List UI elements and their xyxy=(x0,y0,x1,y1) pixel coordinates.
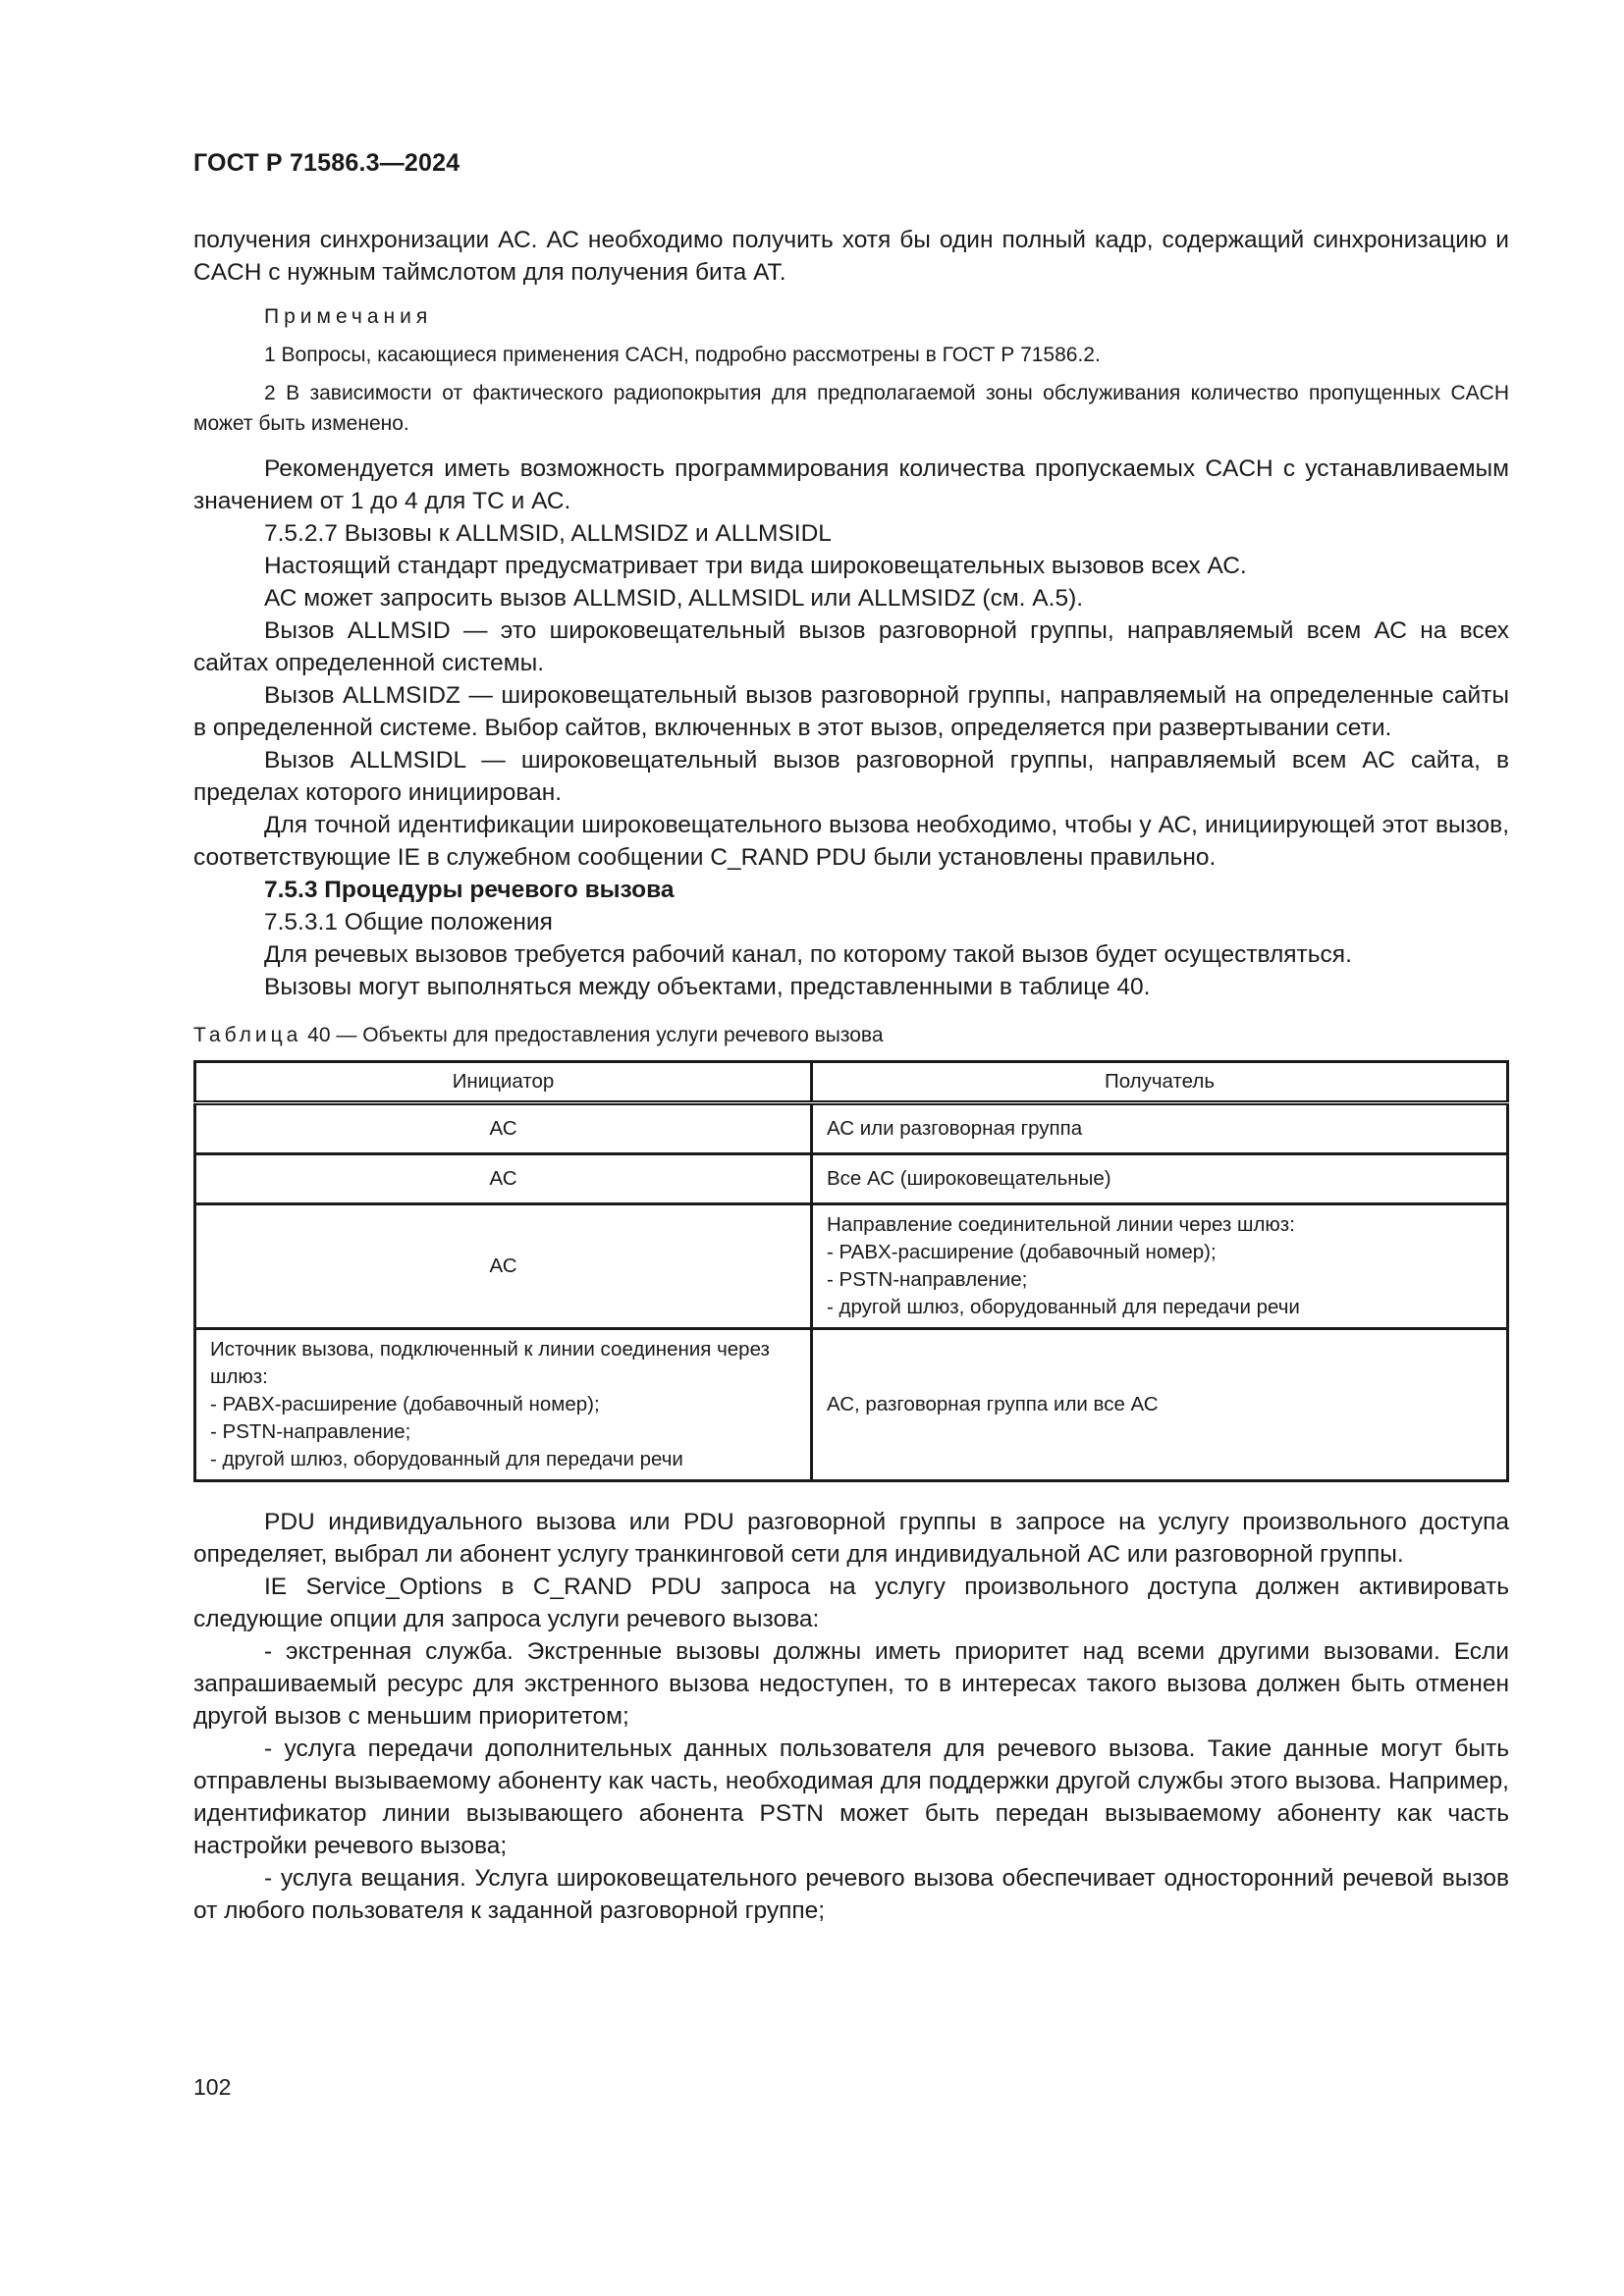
cell-line: Все АС (широковещательные) xyxy=(827,1165,1492,1193)
paragraph: Для речевых вызовов требуется рабочий ка… xyxy=(193,938,1509,971)
paragraph: Вызов ALLMSID — это широковещательный вы… xyxy=(193,614,1509,679)
paragraph: АС может запросить вызов ALLMSID, ALLMSI… xyxy=(193,582,1509,614)
table-row: АСАС или разговорная группа xyxy=(195,1103,1508,1154)
list-item: - услуга вещания. Услуга широковещательн… xyxy=(193,1862,1509,1927)
cell-recipient: Направление соединительной линии через ш… xyxy=(812,1204,1508,1329)
paragraph: Рекомендуется иметь возможность программ… xyxy=(193,453,1509,517)
table-row: Источник вызова, подключенный к линии со… xyxy=(195,1329,1508,1481)
note-1: 1 Вопросы, касающиеся применения CACH, п… xyxy=(193,340,1509,370)
column-header-initiator: Инициатор xyxy=(195,1062,812,1103)
cell-recipient: АС, разговорная группа или все АС xyxy=(812,1329,1508,1481)
cell-line: - PABX-расширение (добавочный номер); xyxy=(210,1391,796,1418)
document-body: получения синхронизации АС. АС необходим… xyxy=(193,224,1509,1927)
cell-recipient: АС или разговорная группа xyxy=(812,1103,1508,1154)
document-header-title: ГОСТ Р 71586.3—2024 xyxy=(193,149,460,178)
objects-table: Инициатор Получатель АСАС или разговорна… xyxy=(193,1060,1509,1482)
table-header-row: Инициатор Получатель xyxy=(195,1062,1508,1103)
cell-line: Источник вызова, подключенный к линии со… xyxy=(210,1336,796,1391)
cell-initiator: АС xyxy=(195,1154,812,1204)
cell-line: - PABX-расширение (добавочный номер); xyxy=(827,1239,1492,1266)
cell-recipient: Все АС (широковещательные) xyxy=(812,1154,1508,1204)
cell-line: Направление соединительной линии через ш… xyxy=(827,1211,1492,1239)
table-row: АСНаправление соединительной линии через… xyxy=(195,1204,1508,1329)
table-caption-text: 40 — Объекты для предоставления услуги р… xyxy=(301,1024,883,1046)
page-number: 102 xyxy=(193,2074,231,2101)
subsection-heading: 7.5.3.1 Общие положения xyxy=(193,906,1509,938)
paragraph: Вызов ALLMSIDZ — широковещательный вызов… xyxy=(193,679,1509,744)
cell-line: - PSTN-направление; xyxy=(827,1266,1492,1294)
cell-line: АС xyxy=(210,1115,796,1143)
cell-initiator: Источник вызова, подключенный к линии со… xyxy=(195,1329,812,1481)
paragraph: Вызов ALLMSIDL — широковещательный вызов… xyxy=(193,744,1509,809)
table-caption: Таблица 40 — Объекты для предоставления … xyxy=(193,1021,1509,1050)
list-item: - услуга передачи дополнительных данных … xyxy=(193,1733,1509,1862)
notes-title: Примечания xyxy=(193,302,1509,332)
table-row: АСВсе АС (широковещательные) xyxy=(195,1154,1508,1204)
cell-line: АС xyxy=(210,1253,796,1280)
note-2: 2 В зависимости от фактического радиопок… xyxy=(193,378,1509,439)
list-item: - экстренная служба. Экстренные вызовы д… xyxy=(193,1635,1509,1733)
cell-initiator: АС xyxy=(195,1103,812,1154)
cell-line: АС, разговорная группа или все АС xyxy=(827,1391,1492,1418)
cell-line: - другой шлюз, оборудованный для передач… xyxy=(827,1294,1492,1321)
paragraph: Настоящий стандарт предусматривает три в… xyxy=(193,550,1509,582)
cell-line: АС xyxy=(210,1165,796,1193)
cell-line: - PSTN-направление; xyxy=(210,1418,796,1446)
cell-line: АС или разговорная группа xyxy=(827,1115,1492,1143)
cell-initiator: АС xyxy=(195,1204,812,1329)
paragraph: PDU индивидуального вызова или PDU разго… xyxy=(193,1506,1509,1571)
paragraph: получения синхронизации АС. АС необходим… xyxy=(193,224,1509,289)
table-caption-label: Таблица xyxy=(193,1024,301,1046)
subsection-heading: 7.5.2.7 Вызовы к ALLMSID, ALLMSIDZ и ALL… xyxy=(193,517,1509,550)
paragraph: Для точной идентификации широковещательн… xyxy=(193,809,1509,874)
column-header-recipient: Получатель xyxy=(812,1062,1508,1103)
paragraph: Вызовы могут выполняться между объектами… xyxy=(193,971,1509,1003)
section-heading: 7.5.3 Процедуры речевого вызова xyxy=(193,874,1509,906)
cell-line: - другой шлюз, оборудованный для передач… xyxy=(210,1446,796,1473)
paragraph: IE Service_Options в C_RAND PDU запроса … xyxy=(193,1571,1509,1635)
table-body: АСАС или разговорная группаАСВсе АС (шир… xyxy=(195,1103,1508,1481)
